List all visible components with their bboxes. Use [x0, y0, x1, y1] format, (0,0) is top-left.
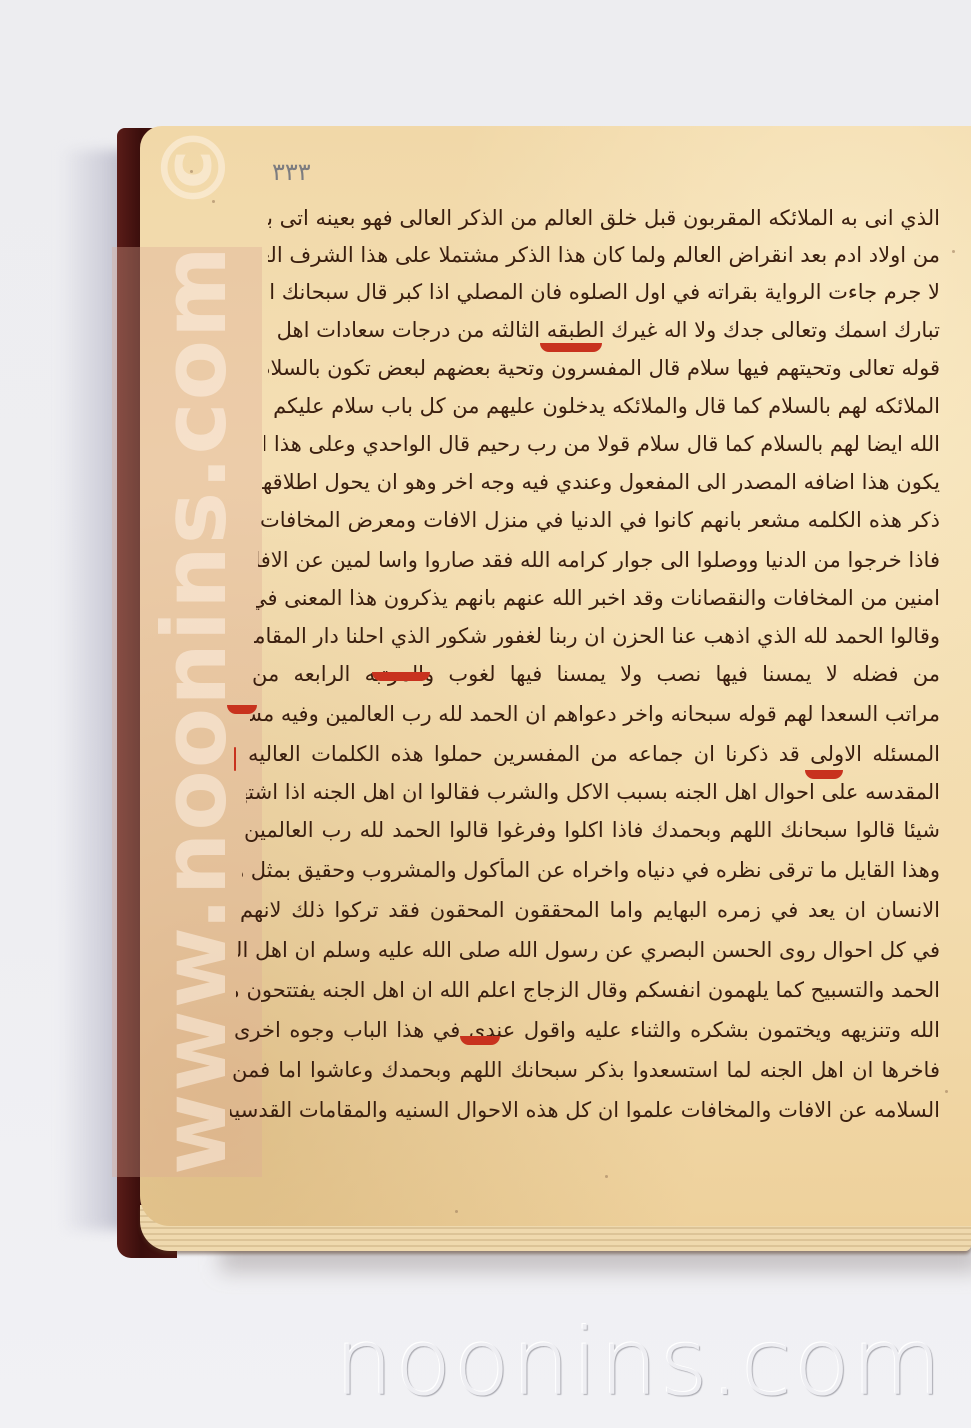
- text-line: امنين من المخافات والنقصانات وقد اخبر ال…: [256, 586, 940, 610]
- rubric-mark: [805, 770, 843, 779]
- text-line: الله ايضا لهم بالسلام كما قال سلام قولا …: [264, 432, 940, 456]
- text-line: فاذا خرجوا من الدنيا ووصلوا الى جوار كرا…: [258, 548, 940, 572]
- paper-speck: [605, 1175, 608, 1178]
- text-line: الحمد والتسبيح كما يلهمون انفسكم وقال ال…: [236, 978, 940, 1002]
- text-line: فاخرها ان اهل الجنه لما استسعدوا بذكر سب…: [232, 1058, 940, 1082]
- text-line: الانسان ان يعد في زمره البهايم واما المح…: [240, 898, 940, 922]
- text-line: وهذا القايل ما ترقى نظره في دنياه واخراه…: [242, 858, 940, 882]
- text-line: شيئا قالوا سبحانك اللهم وبحمدك فاذا اكلو…: [244, 818, 940, 842]
- text-line: يكون هذا اضافه المصدر الى المفعول وعندي …: [262, 470, 940, 494]
- text-line: الملائكه لهم بالسلام كما قال والملائكه ي…: [266, 394, 940, 418]
- text-line: من اولاد ادم بعد انقراض العالم ولما كان …: [268, 243, 940, 267]
- text-line: تبارك اسمك وتعالى جدك ولا اله غيرك الطبق…: [268, 318, 940, 342]
- text-line: من فضله لا يمسنا فيها نصب ولا يمسنا فيها…: [252, 662, 940, 686]
- text-line: الله وتنزيهه ويختمون بشكره والثناء عليه …: [234, 1018, 940, 1042]
- text-line: مراتب السعدا لهم قوله سبحانه واخر دعواهم…: [250, 702, 940, 726]
- text-line: قوله تعالى وتحيتهم فيها سلام قال المفسرو…: [268, 356, 940, 380]
- paper-speck: [952, 250, 955, 253]
- watermark-bottom: noonins.com: [335, 1318, 955, 1408]
- text-line: الذي انى به الملائكه المقربون قبل خلق ال…: [268, 206, 940, 230]
- paper-speck: [945, 1090, 948, 1093]
- text-line: المسئله الاولى قد ذكرنا ان جماعه من المف…: [248, 742, 940, 766]
- text-line: المقدسه على احوال اهل الجنه بسبب الاكل و…: [246, 780, 940, 804]
- rubric-mark: [460, 1036, 500, 1045]
- text-line: لا جرم جاءت الرواية بقراته في اول الصلوه…: [268, 280, 940, 304]
- manuscript-text-block: الذي انى به الملائكه المقربون قبل خلق ال…: [0, 0, 971, 1428]
- paper-speck: [455, 1210, 458, 1213]
- paper-speck: [190, 170, 193, 173]
- text-line: ذكر هذه الكلمه مشعر بانهم كانوا في الدني…: [260, 508, 940, 532]
- rubric-mark: [234, 747, 236, 771]
- text-line: وقالوا الحمد لله الذي اذهب عنا الحزن ان …: [254, 624, 940, 648]
- paper-speck: [212, 200, 215, 203]
- rubric-mark: [540, 343, 602, 352]
- text-line: في كل احوال روى الحسن البصري عن رسول الل…: [238, 938, 940, 962]
- rubric-mark: [227, 705, 257, 714]
- rubric-mark: [372, 672, 430, 681]
- text-line: السلامه عن الافات والمخافات علموا ان كل …: [230, 1098, 940, 1122]
